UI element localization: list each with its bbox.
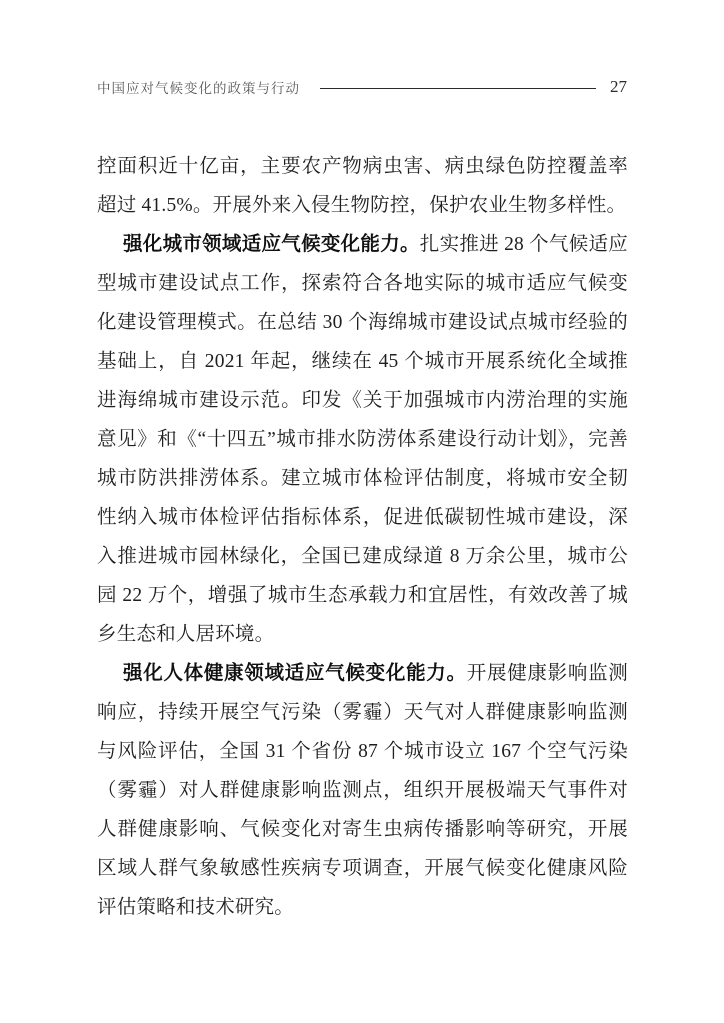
header-rule-divider <box>320 88 596 89</box>
body-text: 控面积近十亿亩，主要农产物病虫害、病虫绿色防控覆盖率超过 41.5%。开展外来入… <box>97 147 628 927</box>
paragraph-text: 扎实推进 28 个气候适应型城市建设试点工作，探索符合各地实际的城市适应气候变化… <box>97 234 628 645</box>
page-header: 中国应对气候变化的政策与行动 27 <box>97 76 627 98</box>
page-number: 27 <box>610 77 627 97</box>
paragraph: 控面积近十亿亩，主要农产物病虫害、病虫绿色防控覆盖率超过 41.5%。开展外来入… <box>97 147 628 225</box>
paragraph-text: 控面积近十亿亩，主要农产物病虫害、病虫绿色防控覆盖率超过 41.5%。开展外来入… <box>97 156 628 216</box>
paragraph: 强化城市领域适应气候变化能力。扎实推进 28 个气候适应型城市建设试点工作，探索… <box>97 225 628 654</box>
paragraph: 强化人体健康领域适应气候变化能力。开展健康影响监测响应，持续开展空气污染（雾霾）… <box>97 654 628 927</box>
paragraph-lead: 强化人体健康领域适应气候变化能力。 <box>123 662 467 684</box>
paragraph-lead: 强化城市领域适应气候变化能力。 <box>123 233 420 255</box>
running-head-title: 中国应对气候变化的政策与行动 <box>97 77 300 97</box>
document-page: 中国应对气候变化的政策与行动 27 控面积近十亿亩，主要农产物病虫害、病虫绿色防… <box>0 0 724 1023</box>
paragraph-text: 开展健康影响监测响应，持续开展空气污染（雾霾）天气对人群健康影响监测与风险评估，… <box>97 663 628 918</box>
